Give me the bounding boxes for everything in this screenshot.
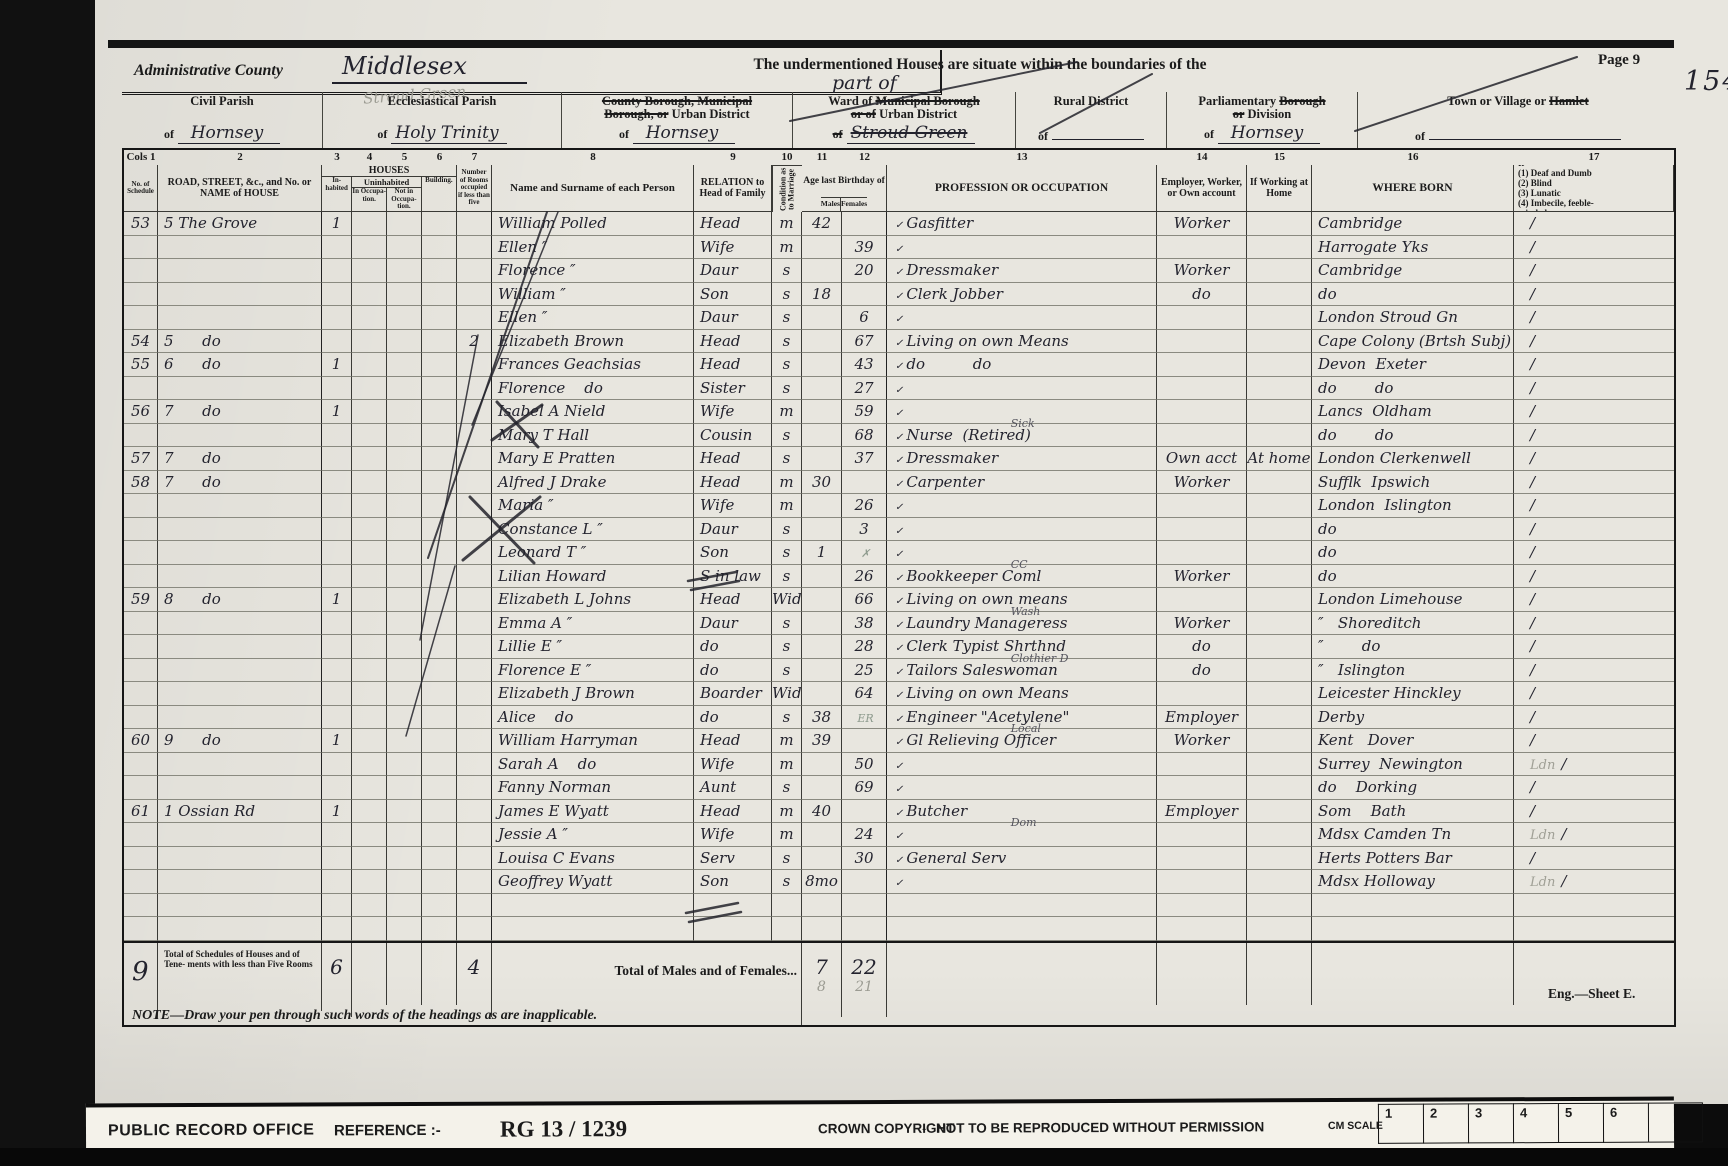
profession-text: General Serv <box>906 849 1006 867</box>
parliamentary-value: Hornsey <box>1218 124 1320 144</box>
cell-age-male <box>802 659 842 683</box>
cell-employer-worker <box>1157 870 1247 894</box>
cell-profession: ✓do do <box>887 353 1157 377</box>
cell-rooms <box>457 823 492 847</box>
cell-infirmities: / <box>1514 283 1674 307</box>
column-number: 5 <box>387 150 422 165</box>
cell-building <box>422 800 457 824</box>
column-number: 3 <box>322 150 352 165</box>
cell-working-at-home <box>1247 776 1312 800</box>
cell-condition: s <box>772 659 802 683</box>
profession-text: Gasfitter <box>906 214 973 232</box>
tally-mark: / <box>1530 355 1535 373</box>
cell-inhabited <box>322 565 352 589</box>
header-age-group: Age last Birthday of Males Females <box>802 165 887 212</box>
cell-road-street <box>158 706 322 730</box>
cell-relation <box>694 894 772 918</box>
cell-schedule-number <box>124 635 158 659</box>
cell-working-at-home <box>1247 847 1312 871</box>
cell-relation <box>694 917 772 941</box>
cell-where-born: Som Bath <box>1312 800 1514 824</box>
cell-road-street: 8 do <box>158 588 322 612</box>
cell-building <box>422 259 457 283</box>
cell-uninhabited-not-in-occupation <box>387 800 422 824</box>
cell-uninhabited-in-occupation <box>352 447 387 471</box>
column-number: 15 <box>1247 150 1312 165</box>
born-pencil-note: Ldn <box>1530 828 1555 843</box>
cell-condition: m <box>772 753 802 777</box>
cell-where-born <box>1312 894 1514 918</box>
ecclesiastical-parish-label: Ecclesiastical Parish <box>323 95 561 108</box>
cell-condition: s <box>772 377 802 401</box>
cell-employer-worker <box>1157 823 1247 847</box>
header-working-at-home: If Working at Home <box>1247 165 1312 212</box>
cell-relation: do <box>694 659 772 683</box>
column-number: 8 <box>492 150 694 165</box>
cell-working-at-home <box>1247 330 1312 354</box>
cell-name-surname: Florence E ″ <box>492 659 694 683</box>
cell-uninhabited-in-occupation <box>352 706 387 730</box>
check-tick-mark: ✓ <box>895 714 903 725</box>
cell-employer-worker: Worker <box>1157 612 1247 636</box>
cell-age-male <box>802 236 842 260</box>
cell-rooms <box>457 659 492 683</box>
cell-name-surname: Fanny Norman <box>492 776 694 800</box>
cell-infirmities: / <box>1514 471 1674 495</box>
cell-uninhabited-in-occupation <box>352 635 387 659</box>
cell-road-street: 5 do <box>158 330 322 354</box>
header-rooms: Number of Rooms occupied if less than fi… <box>457 165 492 212</box>
cell-infirmities: / <box>1514 588 1674 612</box>
cell-name-surname: James E Wyatt <box>492 800 694 824</box>
cell-age-female: 20 <box>842 259 887 283</box>
cell-infirmities: / <box>1514 565 1674 589</box>
born-pencil-note: Ldn <box>1530 875 1555 890</box>
cell-building <box>422 330 457 354</box>
cell-rooms <box>457 259 492 283</box>
cell-building <box>422 541 457 565</box>
cell-where-born: London Islington <box>1312 494 1514 518</box>
folio-number: 154 <box>1684 66 1728 97</box>
cell-age-male <box>802 847 842 871</box>
cell-where-born: do <box>1312 283 1514 307</box>
scan-bottom-edge <box>0 1148 1728 1166</box>
cell-infirmities: / <box>1514 212 1674 236</box>
cell-schedule-number: 56 <box>124 400 158 424</box>
cell-inhabited: 1 <box>322 212 352 236</box>
cell-relation: Head <box>694 729 772 753</box>
cell-age-female <box>842 471 887 495</box>
cell-schedule-number: 57 <box>124 447 158 471</box>
cell-age-male: 40 <box>802 800 842 824</box>
cell-infirmities: Ldn/ <box>1514 870 1674 894</box>
page-number: Page 9 <box>1598 52 1640 69</box>
cell-infirmities: / <box>1514 447 1674 471</box>
cell-where-born: Surrey Newington <box>1312 753 1514 777</box>
cell-rooms: 2 <box>457 330 492 354</box>
check-tick-mark: ✓ <box>895 620 903 631</box>
cell-rooms <box>457 894 492 918</box>
cell-name-surname: Lillie E ″ <box>492 635 694 659</box>
cell-name-surname: Mary E Pratten <box>492 447 694 471</box>
cell-road-street <box>158 917 322 941</box>
tally-mark: / <box>1530 426 1535 444</box>
cell-rooms <box>457 236 492 260</box>
cell-road-street <box>158 612 322 636</box>
district-header-band: Civil Parish ofHornsey Stroud Green Eccl… <box>122 92 1672 148</box>
column-number: 7 <box>457 150 492 165</box>
cell-schedule-number <box>124 753 158 777</box>
cell-condition: s <box>772 518 802 542</box>
totals-empty-cell <box>387 943 422 1005</box>
cell-building <box>422 377 457 401</box>
cell-age-male: 38 <box>802 706 842 730</box>
cell-inhabited <box>322 330 352 354</box>
cell-uninhabited-in-occupation <box>352 612 387 636</box>
cell-age-female: 38 <box>842 612 887 636</box>
cell-age-male <box>802 377 842 401</box>
sheet-label: Eng.—Sheet E. <box>1548 986 1635 1002</box>
cell-road-street <box>158 518 322 542</box>
profession-text: Dressmaker <box>906 261 998 279</box>
cell-employer-worker: Worker <box>1157 471 1247 495</box>
cell-rooms <box>457 400 492 424</box>
tally-mark: / <box>1530 214 1535 232</box>
cell-working-at-home <box>1247 471 1312 495</box>
cell-inhabited <box>322 236 352 260</box>
cell-profession: ✓Dom <box>887 823 1157 847</box>
cell-employer-worker <box>1157 753 1247 777</box>
cell-uninhabited-not-in-occupation <box>387 541 422 565</box>
tally-mark: / <box>1530 285 1535 303</box>
cell-inhabited <box>322 494 352 518</box>
cell-infirmities: / <box>1514 330 1674 354</box>
profession-text: Butcher <box>906 802 967 820</box>
cell-inhabited <box>322 706 352 730</box>
county-borough-label: County Borough, Municipal Borough, or Ur… <box>562 95 792 121</box>
cell-employer-worker <box>1157 847 1247 871</box>
cell-inhabited <box>322 259 352 283</box>
cell-working-at-home <box>1247 588 1312 612</box>
cell-schedule-number <box>124 494 158 518</box>
cell-rooms <box>457 212 492 236</box>
cell-relation: Wife <box>694 400 772 424</box>
page-top-rule <box>108 40 1674 48</box>
check-tick-mark: ✓ <box>895 831 903 842</box>
cell-age-female: 28 <box>842 635 887 659</box>
check-tick-mark: ✓ <box>895 267 903 278</box>
cell-working-at-home <box>1247 377 1312 401</box>
tally-mark: / <box>1530 449 1535 467</box>
cell-relation: Aunt <box>694 776 772 800</box>
cell-building <box>422 682 457 706</box>
cell-condition: s <box>772 306 802 330</box>
cell-age-female: 26 <box>842 494 887 518</box>
cell-name-surname: Elizabeth L Johns <box>492 588 694 612</box>
cell-employer-worker: do <box>1157 635 1247 659</box>
cell-uninhabited-in-occupation <box>352 353 387 377</box>
cell-rooms <box>457 917 492 941</box>
cell-road-street <box>158 236 322 260</box>
column-number: 14 <box>1157 150 1247 165</box>
tally-mark: / <box>1530 590 1535 608</box>
cell-inhabited: 1 <box>322 400 352 424</box>
cell-employer-worker: Employer <box>1157 800 1247 824</box>
cell-name-surname: Leonard T ″ <box>492 541 694 565</box>
cell-name-surname: William Harryman <box>492 729 694 753</box>
check-tick-mark: ✓ <box>895 808 903 819</box>
cell-age-male <box>802 353 842 377</box>
cell-name-surname <box>492 894 694 918</box>
cell-name-surname: Jessie A ″ <box>492 823 694 847</box>
cell-working-at-home <box>1247 635 1312 659</box>
cell-inhabited <box>322 306 352 330</box>
cell-uninhabited-not-in-occupation <box>387 870 422 894</box>
cell-road-street <box>158 776 322 800</box>
rural-district-label: Rural District <box>1016 95 1166 108</box>
cell-uninhabited-in-occupation <box>352 917 387 941</box>
cell-working-at-home <box>1247 353 1312 377</box>
cell-road-street <box>158 870 322 894</box>
cell-uninhabited-not-in-occupation <box>387 259 422 283</box>
cell-relation: Wife <box>694 823 772 847</box>
cell-rooms <box>457 870 492 894</box>
cell-age-male <box>802 424 842 448</box>
cell-name-surname: Alice do <box>492 706 694 730</box>
table-header: Cols 1234567891011121314151617 No. of Sc… <box>124 150 1674 212</box>
cell-building <box>422 471 457 495</box>
ruler-cell: 6 <box>1603 1103 1648 1143</box>
cell-schedule-number <box>124 706 158 730</box>
profession-annotation: Dom <box>1011 817 1037 828</box>
cell-uninhabited-in-occupation <box>352 518 387 542</box>
footer-dash: - <box>922 1104 927 1152</box>
totals-empty-cell <box>352 943 387 1005</box>
cell-building <box>422 635 457 659</box>
cell-condition: s <box>772 847 802 871</box>
cell-rooms <box>457 682 492 706</box>
cell-uninhabited-in-occupation <box>352 682 387 706</box>
cell-infirmities: / <box>1514 494 1674 518</box>
cell-working-at-home <box>1247 565 1312 589</box>
cell-uninhabited-not-in-occupation <box>387 635 422 659</box>
check-tick-mark: ✓ <box>895 244 903 255</box>
column-number: 4 <box>352 150 387 165</box>
cell-condition <box>772 894 802 918</box>
cell-working-at-home <box>1247 917 1312 941</box>
county-borough-value: Hornsey <box>633 124 735 144</box>
cell-rooms <box>457 541 492 565</box>
header-name: Name and Surname of each Person <box>492 165 694 212</box>
cell-condition: s <box>772 353 802 377</box>
cell-rooms <box>457 353 492 377</box>
cell-working-at-home <box>1247 706 1312 730</box>
cell-road-street <box>158 823 322 847</box>
cell-condition: m <box>772 800 802 824</box>
ecclesiastical-value-line: ofHoly Trinity <box>323 124 561 144</box>
cell-inhabited <box>322 377 352 401</box>
cell-condition: m <box>772 471 802 495</box>
cell-uninhabited-in-occupation <box>352 494 387 518</box>
cell-uninhabited-not-in-occupation <box>387 518 422 542</box>
cell-inhabited <box>322 518 352 542</box>
cell-uninhabited-in-occupation <box>352 424 387 448</box>
cell-rooms <box>457 588 492 612</box>
cell-relation: Wife <box>694 236 772 260</box>
cell-age-female <box>842 212 887 236</box>
cell-infirmities: / <box>1514 682 1674 706</box>
cell-inhabited: 1 <box>322 800 352 824</box>
situate-line: The undermentioned Houses are situate wi… <box>680 56 1280 74</box>
cell-profession: ✓ <box>887 236 1157 260</box>
header-condition: Condition as to Marriage <box>772 165 802 212</box>
cell-uninhabited-not-in-occupation <box>387 447 422 471</box>
footnote: NOTE—Draw your pen through such words of… <box>132 1008 597 1024</box>
cell-infirmities: / <box>1514 259 1674 283</box>
cell-uninhabited-not-in-occupation <box>387 471 422 495</box>
cell-condition: s <box>772 330 802 354</box>
cell-uninhabited-not-in-occupation <box>387 847 422 871</box>
cell-uninhabited-in-occupation <box>352 753 387 777</box>
cell-where-born: Herts Potters Bar <box>1312 847 1514 871</box>
cell-age-female: 59 <box>842 400 887 424</box>
cell-employer-worker <box>1157 494 1247 518</box>
cell-infirmities: / <box>1514 306 1674 330</box>
cell-uninhabited-not-in-occupation <box>387 612 422 636</box>
tally-mark: / <box>1530 238 1535 256</box>
cell-name-surname: Florence ″ <box>492 259 694 283</box>
cell-condition: s <box>772 565 802 589</box>
parliamentary-cell: Parliamentary Borough or Division ofHorn… <box>1166 92 1357 148</box>
cell-age-male: 18 <box>802 283 842 307</box>
cell-inhabited <box>322 424 352 448</box>
check-tick-mark: ✓ <box>895 549 903 560</box>
cell-age-male <box>802 330 842 354</box>
county-borough-value-line: ofHornsey <box>562 124 792 144</box>
cell-profession: ✓Gl Relieving OfficerLocal <box>887 729 1157 753</box>
town-village-value-line: of <box>1358 129 1678 144</box>
cell-rooms <box>457 447 492 471</box>
cell-age-male <box>802 612 842 636</box>
cell-uninhabited-not-in-occupation <box>387 588 422 612</box>
cell-age-female: 43 <box>842 353 887 377</box>
cell-name-surname: Frances Geachsias <box>492 353 694 377</box>
cell-rooms <box>457 494 492 518</box>
cell-profession: ✓ <box>887 494 1157 518</box>
cell-road-street: 7 do <box>158 400 322 424</box>
cell-uninhabited-in-occupation <box>352 283 387 307</box>
cell-where-born: London Stroud Gn <box>1312 306 1514 330</box>
cell-infirmities: Ldn/ <box>1514 823 1674 847</box>
rural-district-cell: Rural District of <box>1015 92 1166 148</box>
column-number: 6 <box>422 150 457 165</box>
profession-text: Clerk Jobber <box>906 285 1002 303</box>
tally-mark: / <box>1530 402 1535 420</box>
cell-relation: S in law <box>694 565 772 589</box>
cell-where-born <box>1312 917 1514 941</box>
cell-schedule-number: 58 <box>124 471 158 495</box>
cell-employer-worker <box>1157 682 1247 706</box>
cell-relation: Wife <box>694 753 772 777</box>
cell-building <box>422 847 457 871</box>
cell-inhabited <box>322 447 352 471</box>
cell-road-street <box>158 847 322 871</box>
totals-females: 2221 <box>842 943 887 1017</box>
cell-schedule-number <box>124 236 158 260</box>
profession-annotation: Local <box>1011 723 1041 734</box>
cell-relation: Son <box>694 283 772 307</box>
cell-building <box>422 212 457 236</box>
cell-infirmities: / <box>1514 729 1674 753</box>
cell-age-male <box>802 518 842 542</box>
cell-rooms <box>457 377 492 401</box>
cell-working-at-home <box>1247 729 1312 753</box>
cell-infirmities: / <box>1514 659 1674 683</box>
cell-profession: ✓ <box>887 870 1157 894</box>
cell-building <box>422 612 457 636</box>
column-number: Cols 1 <box>124 150 158 165</box>
cell-schedule-number <box>124 518 158 542</box>
cell-age-female: 6 <box>842 306 887 330</box>
cell-infirmities: / <box>1514 424 1674 448</box>
cell-employer-worker <box>1157 236 1247 260</box>
cell-working-at-home <box>1247 541 1312 565</box>
ecclesiastical-parish-cell: Stroud Green Ecclesiastical Parish ofHol… <box>322 92 561 148</box>
cell-employer-worker <box>1157 377 1247 401</box>
tally-mark: / <box>1561 755 1566 773</box>
cell-where-born: Lancs Oldham <box>1312 400 1514 424</box>
cell-building <box>422 753 457 777</box>
cell-schedule-number <box>124 894 158 918</box>
cell-where-born: ″ do <box>1312 635 1514 659</box>
civil-parish-cell: Civil Parish ofHornsey <box>122 92 322 148</box>
cell-profession: ✓ <box>887 753 1157 777</box>
cell-profession: ✓Dressmaker <box>887 259 1157 283</box>
cell-uninhabited-not-in-occupation <box>387 330 422 354</box>
cell-relation: Daur <box>694 518 772 542</box>
cell-age-female: 69 <box>842 776 887 800</box>
cell-relation: do <box>694 635 772 659</box>
cell-relation: Head <box>694 447 772 471</box>
cell-working-at-home <box>1247 424 1312 448</box>
cell-uninhabited-not-in-occupation <box>387 659 422 683</box>
check-tick-mark: ✓ <box>895 737 903 748</box>
header-building: Building. <box>422 177 456 211</box>
cell-schedule-number <box>124 306 158 330</box>
cell-relation: Serv <box>694 847 772 871</box>
ward-cell: Ward of Municipal Borough or of Urban Di… <box>792 92 1015 148</box>
cell-employer-worker: Worker <box>1157 259 1247 283</box>
profession-annotation: Sick <box>1011 418 1035 429</box>
footer-permission: NOT TO BE REPRODUCED WITHOUT PERMISSION <box>936 1102 1264 1151</box>
cell-road-street <box>158 541 322 565</box>
cell-name-surname: Florence do <box>492 377 694 401</box>
cell-age-female: 64 <box>842 682 887 706</box>
cell-uninhabited-not-in-occupation <box>387 306 422 330</box>
cell-working-at-home <box>1247 682 1312 706</box>
cell-employer-worker <box>1157 400 1247 424</box>
cell-infirmities: / <box>1514 635 1674 659</box>
cell-name-surname: Elizabeth J Brown <box>492 682 694 706</box>
cell-uninhabited-in-occupation <box>352 259 387 283</box>
table-body: 535 The Grove1William PolledHeadm42✓Gasf… <box>124 212 1674 941</box>
cell-condition: m <box>772 729 802 753</box>
cell-name-surname: Lilian Howard <box>492 565 694 589</box>
tally-mark: / <box>1561 872 1566 890</box>
cell-where-born: do <box>1312 518 1514 542</box>
ward-value-line: ofStroud Green <box>793 124 1015 144</box>
tally-mark: / <box>1530 520 1535 538</box>
